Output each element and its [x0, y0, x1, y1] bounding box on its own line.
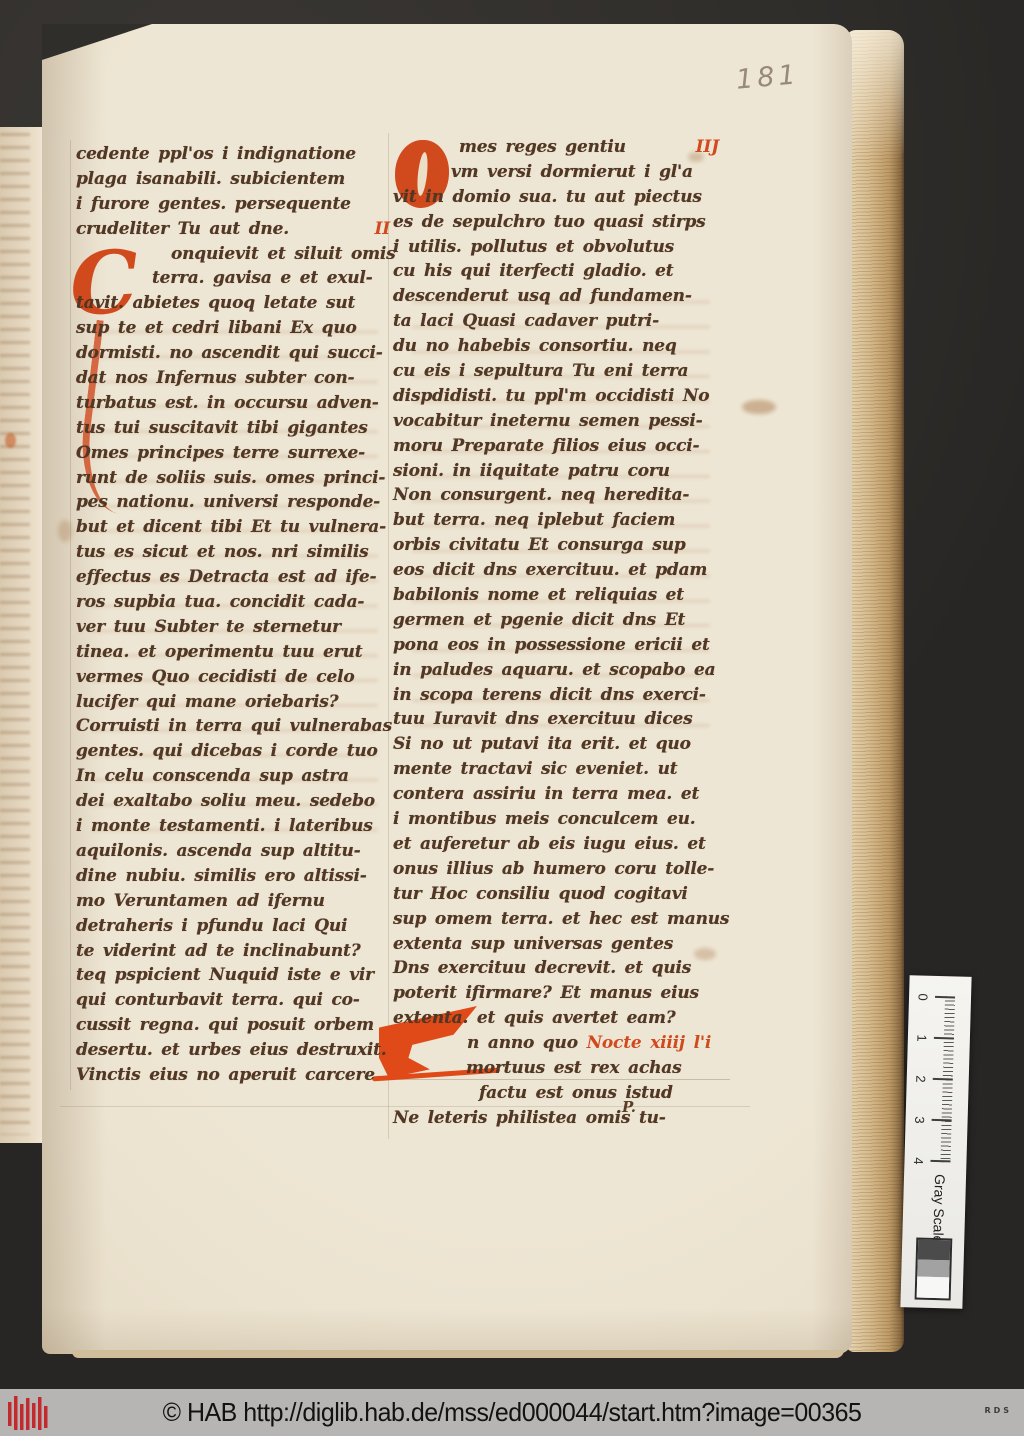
ruler-major-tick [933, 1078, 953, 1081]
caption-bar: © HAB http://diglib.hab.de/mss/ed000044/… [0, 1389, 1024, 1436]
manuscript-line: extenta sup universas gentes [393, 932, 725, 957]
manuscript-line: onus illius ab humero coru tolle- [393, 857, 725, 882]
ink-text: du no habebis consortiu. neq [393, 336, 677, 356]
manuscript-line: pes nationu. universi responde- [76, 490, 396, 515]
manuscript-line: babilonis nome et reliquias et [393, 583, 725, 608]
ink-text: tur Hoc consiliu quod cogitavi [393, 884, 688, 904]
manuscript-line: aquilonis. ascenda sup altitu- [76, 839, 396, 864]
ink-text: sup te et cedri libani Ex quo [76, 318, 357, 338]
ruler-number: 3 [912, 1112, 927, 1128]
ink-text: vermes Quo cecidisti de celo [76, 667, 354, 687]
manuscript-line: mente tractavi sic eveniet. ut [393, 757, 725, 782]
manuscript-line: terra. gavisa e et exul- [76, 266, 396, 291]
manuscript-line: ver tuu Subter te sternetur [76, 615, 396, 640]
gray-scale-card: 0 1 2 3 4 Gray Scale [900, 975, 971, 1309]
manuscript-line: vit in domio sua. tu aut piectus [393, 185, 725, 210]
folio-number: 181 [735, 59, 801, 95]
manuscript-line: Corruisti in terra qui vulnerabas [76, 714, 396, 739]
ink-text: turbatus est. in occursu adven- [76, 393, 379, 413]
manuscript-line: effectus es Detracta est ad ife- [76, 565, 396, 590]
ink-text: effectus es Detracta est ad ife- [76, 567, 376, 587]
manuscript-line: descenderut usq ad fundamen- [393, 284, 725, 309]
manuscript-line: vocabitur ineternu semen pessi- [393, 409, 725, 434]
manuscript-line: pona eos in possessione ericii et [393, 633, 725, 658]
ink-text: tavit. abietes quoq letate sut [76, 293, 355, 313]
manuscript-line: but terra. neq iplebut faciem [393, 508, 725, 533]
ink-text: et auferetur ab eis iugu eius. et [393, 834, 706, 854]
manuscript-line: Omes principes terre surrexe- [76, 441, 396, 466]
ruler-number: 0 [915, 989, 930, 1005]
manuscript-line: sup te et cedri libani Ex quo [76, 316, 396, 341]
manuscript-line: Si no ut putavi ita erit. et quo [393, 732, 725, 757]
manuscript-line: ros supbia tua. concidit cada- [76, 590, 396, 615]
gray-scale-patches [915, 1237, 953, 1300]
ink-text: Dns exercituu decrevit. et quis [393, 958, 691, 978]
gray-patch-dark [918, 1240, 951, 1261]
manuscript-line: in scopa terens dicit dns exerci- [393, 683, 725, 708]
ink-text: dine nubiu. similis ero altissi- [76, 866, 367, 886]
manuscript-photo: 181 C cedente ppl'os i indignationeplaga… [0, 0, 1024, 1436]
ink-text: teq pspicient Nuquid iste e vir [76, 965, 374, 985]
ink-text: Corruisti in terra qui vulnerabas [76, 716, 392, 736]
ink-text: pes nationu. universi responde- [76, 492, 380, 512]
ink-text: ros supbia tua. concidit cada- [76, 592, 364, 612]
ink-text: onus illius ab humero coru tolle- [393, 859, 714, 879]
ink-text: ver tuu Subter te sternetur [76, 617, 341, 637]
manuscript-line: n anno quo Nocte xiiij l'i [393, 1031, 725, 1056]
ink-text: cu his qui iterfecti gladio. et [393, 261, 673, 281]
ink-text: ta laci Quasi cadaver putri- [393, 311, 659, 331]
ink-text: in scopa terens dicit dns exerci- [393, 685, 706, 705]
ink-text: detraheris i pfundu laci Qui [76, 916, 347, 936]
ink-text: Vinctis eius no aperuit carcere [76, 1065, 375, 1085]
manuscript-line: orbis civitatu Et consurga sup [393, 533, 725, 558]
ink-text: Omes principes terre surrexe- [76, 443, 365, 463]
previous-page-edge [0, 127, 44, 1143]
ink-text: in paludes aquaru. et scopabo ea [393, 660, 715, 680]
ink-text: Si no ut putavi ita erit. et quo [393, 734, 691, 754]
ink-text: tuu Iuravit dns exercituu dices [393, 709, 693, 729]
manuscript-line: dispdidisti. tu ppl'm occidisti No [393, 384, 725, 409]
manuscript-line: qui conturbavit terra. qui co- [76, 988, 396, 1013]
ink-text: cedente ppl'os i indignatione [76, 144, 356, 164]
ruler-major-tick [930, 1160, 950, 1163]
ink-text: es de sepulchro tuo quasi stirps [393, 212, 706, 232]
manuscript-line: cu eis i sepultura Tu eni terra [393, 359, 725, 384]
ink-text: n anno quo [467, 1033, 587, 1053]
ruler-number: 4 [911, 1153, 926, 1169]
manuscript-line: onquievit et siluit omis [76, 242, 396, 267]
ink-text: i monte testamenti. i lateribus [76, 816, 373, 836]
ink-text: cu eis i sepultura Tu eni terra [393, 361, 688, 381]
ink-text: plaga isanabili. subicientem [76, 169, 345, 189]
ink-text: mente tractavi sic eveniet. ut [393, 759, 677, 779]
ink-text: descenderut usq ad fundamen- [393, 286, 692, 306]
manuscript-line: ta laci Quasi cadaver putri- [393, 309, 725, 334]
ink-text: Non consurgent. neq heredita- [393, 485, 689, 505]
manuscript-line: runt de soliis suis. omes princi- [76, 466, 396, 491]
ink-text: babilonis nome et reliquias et [393, 585, 684, 605]
catchword: P. [622, 1098, 636, 1116]
rubric-text: II [374, 217, 390, 242]
ruler-number: 1 [914, 1030, 929, 1046]
manuscript-line: tinea. et operimentu tuu erut [76, 640, 396, 665]
ink-text: but terra. neq iplebut faciem [393, 510, 675, 530]
manuscript-line: Non consurgent. neq heredita- [393, 483, 725, 508]
ink-text: i utilis. pollutus et obvolutus [393, 237, 674, 257]
manuscript-line: Ne leteris philistea omis tu- [393, 1106, 725, 1131]
manuscript-line: dine nubiu. similis ero altissi- [76, 864, 396, 889]
foxing-spot [742, 400, 776, 414]
manuscript-line: gentes. qui dicebas i corde tuo [76, 739, 396, 764]
ink-text: tus tui suscitavit tibi gigantes [76, 418, 368, 438]
manuscript-line: tus es sicut et nos. nri similis [76, 540, 396, 565]
ink-text: gentes. qui dicebas i corde tuo [76, 741, 378, 761]
gray-scale-label: Gray Scale [930, 1174, 948, 1244]
manuscript-line: in paludes aquaru. et scopabo ea [393, 658, 725, 683]
manuscript-line: In celu conscenda sup astra [76, 764, 396, 789]
manuscript-line: sioni. in iiquitate patru coru [393, 459, 725, 484]
ink-text: dormisti. no ascendit qui succi- [76, 343, 383, 363]
ink-text: tinea. et operimentu tuu erut [76, 642, 362, 662]
manuscript-line: es de sepulchro tuo quasi stirps [393, 210, 725, 235]
manuscript-line: lucifer qui mane oriebaris? [76, 690, 396, 715]
manuscript-line: du no habebis consortiu. neq [393, 334, 725, 359]
manuscript-line: extenta. et quis avertet eam? [393, 1006, 725, 1031]
manuscript-line: poterit ifirmare? Et manus eius [393, 981, 725, 1006]
ink-text: dei exaltabo soliu meu. sedebo [76, 791, 375, 811]
ink-text: lucifer qui mane oriebaris? [76, 692, 338, 712]
ink-text: In celu conscenda sup astra [76, 766, 349, 786]
manuscript-line: eos dicit dns exercituu. et pdam [393, 558, 725, 583]
manuscript-line: vermes Quo cecidisti de celo [76, 665, 396, 690]
manuscript-line: i monte testamenti. i lateribus [76, 814, 396, 839]
ruler-major-tick [934, 1037, 954, 1040]
manuscript-line: i utilis. pollutus et obvolutus [393, 235, 725, 260]
ink-text: desertu. et urbes eius destruxit. [76, 1040, 387, 1060]
manuscript-line: plaga isanabili. subicientem [76, 167, 396, 192]
ink-text: factu est onus istud [479, 1083, 673, 1103]
manuscript-line: tur Hoc consiliu quod cogitavi [393, 882, 725, 907]
ink-text: vocabitur ineternu semen pessi- [393, 411, 703, 431]
ink-text: onquievit et siluit omis [171, 244, 396, 264]
manuscript-line: te viderint ad te inclinabunt? [76, 939, 396, 964]
gray-patch-white [917, 1277, 950, 1299]
manuscript-line: cussit regna. qui posuit orbem [76, 1013, 396, 1038]
ink-text: crudeliter Tu aut dne. [76, 217, 289, 242]
ink-text: dat nos Infernus subter con- [76, 368, 354, 388]
ink-text: mortuus est rex achas [466, 1058, 681, 1078]
manuscript-line: desertu. et urbes eius destruxit. [76, 1038, 396, 1063]
ink-text: sup omem terra. et hec est manus [393, 909, 729, 929]
ink-text: mo Veruntamen ad ifernu [76, 891, 325, 911]
manuscript-line: dormisti. no ascendit qui succi- [76, 341, 396, 366]
book-fore-edge [846, 30, 904, 1352]
ink-text: moru Preparate filios eius occi- [393, 436, 699, 456]
manuscript-line: cedente ppl'os i indignatione [76, 142, 396, 167]
rubric-text: IIJ [696, 135, 719, 160]
manuscript-line: Vinctis eius no aperuit carcere [76, 1063, 396, 1088]
ink-text: i furore gentes. persequente [76, 194, 351, 214]
manuscript-line: detraheris i pfundu laci Qui [76, 914, 396, 939]
ink-text: vm versi dormierut i gl'a [451, 162, 693, 182]
manuscript-line: i montibus meis conculcem eu. [393, 807, 725, 832]
ink-text: terra. gavisa e et exul- [152, 268, 373, 288]
manuscript-line: tavit. abietes quoq letate sut [76, 291, 396, 316]
ink-text: extenta. et quis avertet eam? [393, 1008, 676, 1028]
manuscript-line: vm versi dormierut i gl'a [393, 160, 725, 185]
ink-text: poterit ifirmare? Et manus eius [393, 983, 699, 1003]
page-bottom-edge [72, 1350, 844, 1358]
ink-text: eos dicit dns exercituu. et pdam [393, 560, 707, 580]
manuscript-line: i furore gentes. persequente [76, 192, 396, 217]
manuscript-line: germen et pgenie dicit dns Et [393, 608, 725, 633]
manuscript-line: et auferetur ab eis iugu eius. et [393, 832, 725, 857]
manuscript-line: tus tui suscitavit tibi gigantes [76, 416, 396, 441]
ink-text: i montibus meis conculcem eu. [393, 809, 695, 829]
manuscript-line: turbatus est. in occursu adven- [76, 391, 396, 416]
manuscript-line: Dns exercituu decrevit. et quis [393, 956, 725, 981]
rubric-text: Nocte xiiij [587, 1033, 685, 1053]
gray-patch-mid [917, 1260, 949, 1278]
ink-text: sioni. in iiquitate patru coru [393, 461, 670, 481]
ink-text: qui conturbavit terra. qui co- [76, 990, 360, 1010]
manuscript-line: mes reges gentiuIIJ [393, 135, 725, 160]
manuscript-line: dei exaltabo soliu meu. sedebo [76, 789, 396, 814]
ink-text: runt de soliis suis. omes princi- [76, 468, 385, 488]
ink-text: te viderint ad te inclinabunt? [76, 941, 360, 961]
text-column-left: cedente ppl'os i indignationeplaga isana… [76, 142, 396, 1088]
rubric-text: l'i [685, 1033, 711, 1053]
manuscript-line: factu est onus istud [393, 1081, 725, 1106]
manuscript-line: but et dicent tibi Et tu vulnera- [76, 515, 396, 540]
manuscript-line: dat nos Infernus subter con- [76, 366, 396, 391]
manuscript-line: mo Veruntamen ad ifernu [76, 889, 396, 914]
copyright-caption: © HAB http://diglib.hab.de/mss/ed000044/… [20, 1397, 1003, 1428]
manuscript-line: teq pspicient Nuquid iste e vir [76, 963, 396, 988]
ink-text: orbis civitatu Et consurga sup [393, 535, 686, 555]
ink-text: tus es sicut et nos. nri similis [76, 542, 368, 562]
manuscript-line: cu his qui iterfecti gladio. et [393, 259, 725, 284]
manuscript-line: moru Preparate filios eius occi- [393, 434, 725, 459]
ruler-major-tick [935, 996, 955, 999]
ruler-major-tick [932, 1119, 952, 1122]
ink-text: dispdidisti. tu ppl'm occidisti No [393, 386, 709, 406]
manuscript-line: contera assiriu in terra mea. et [393, 782, 725, 807]
ink-text: contera assiriu in terra mea. et [393, 784, 699, 804]
manuscript-line: sup omem terra. et hec est manus [393, 907, 725, 932]
ink-text: pona eos in possessione ericii et [393, 635, 710, 655]
ink-text: extenta sup universas gentes [393, 934, 673, 954]
manuscript-line: crudeliter Tu aut dne.II [76, 217, 396, 242]
ink-text: aquilonis. ascenda sup altitu- [76, 841, 360, 861]
ruler-number: 2 [913, 1071, 928, 1087]
manuscript-line: mortuus est rex achas [393, 1056, 725, 1081]
text-column-right: mes reges gentiuIIJvm versi dormierut i … [393, 135, 725, 1131]
ink-text: cussit regna. qui posuit orbem [76, 1015, 374, 1035]
ink-text: mes reges gentiu [459, 135, 626, 160]
ink-text: vit in domio sua. tu aut piectus [393, 187, 702, 207]
manuscript-line: tuu Iuravit dns exercituu dices [393, 707, 725, 732]
color-registration-mark [6, 1394, 52, 1434]
ink-text: but et dicent tibi Et tu vulnera- [76, 517, 386, 537]
watermark-text: RDS [984, 1406, 1012, 1415]
ink-text: germen et pgenie dicit dns Et [393, 610, 685, 630]
